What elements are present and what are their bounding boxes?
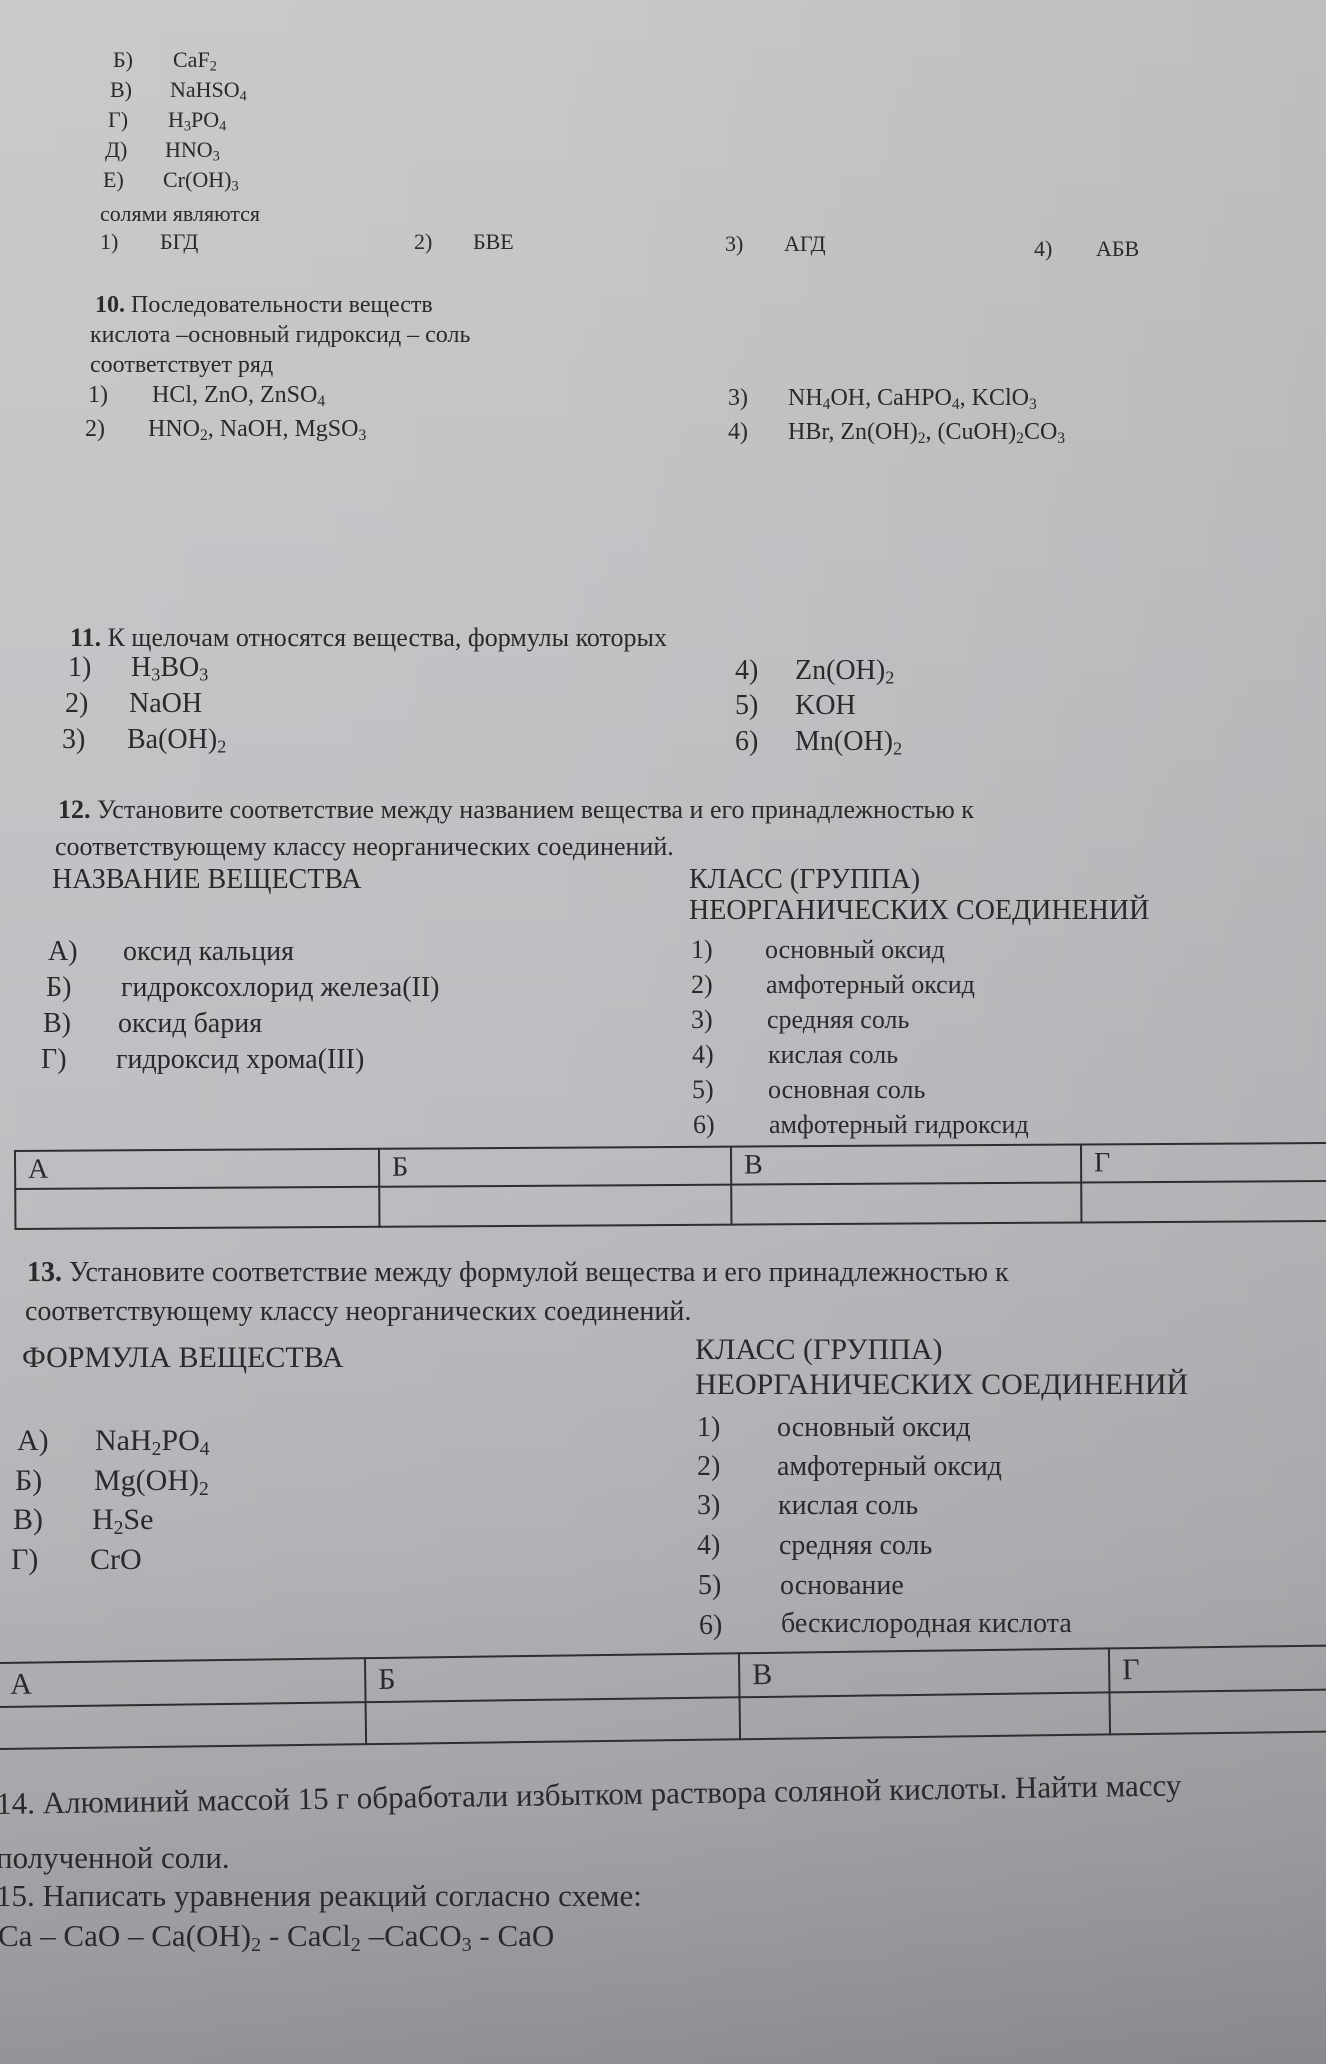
q15-scheme: Ca – CaO – Ca(OH)2 - CaCl2 –CaCO3 - CaO — [0, 1920, 554, 1951]
q11-option-text: Ba(OH)2 — [127, 726, 226, 754]
q12-left-label: В) — [43, 1010, 71, 1038]
q13-left-label: Г) — [11, 1545, 38, 1575]
q9-item-formula: HNO3 — [165, 139, 220, 161]
q13-left-label: Б) — [15, 1466, 42, 1496]
q9-option-text: БГД — [160, 231, 198, 253]
q13-right-text: средняя соль — [779, 1532, 932, 1560]
q12-right-num: 5) — [692, 1077, 714, 1103]
q10-option-num: 4) — [728, 420, 748, 444]
q13-answer-cell[interactable] — [740, 1692, 1111, 1739]
q11-option-text: Mn(OH)2 — [795, 728, 902, 756]
q12-left-text: оксид кальция — [123, 938, 294, 966]
q9-prompt: солями являются — [100, 203, 260, 225]
q12-right-text: средняя соль — [767, 1007, 909, 1033]
q12-line: соответствующему классу неорганических с… — [55, 834, 674, 860]
q9-option-text: БВЕ — [473, 231, 514, 253]
q11-number: 11. — [70, 623, 101, 652]
q9-item-formula: CaF2 — [173, 49, 217, 71]
q10-line: соответствует ряд — [90, 353, 273, 377]
q13-answer-table: А Б В Г — [0, 1644, 1326, 1750]
q13-answer-cell[interactable] — [1109, 1689, 1326, 1734]
q12-right-num: 6) — [693, 1112, 715, 1138]
q12-right-text: амфотерный оксид — [766, 972, 975, 998]
q13-number: 13. — [27, 1257, 62, 1288]
q11-option-num: 1) — [68, 654, 91, 682]
q11-option-text: H3BO3 — [131, 654, 208, 682]
q11-option-num: 6) — [735, 728, 758, 756]
q13-left-label: А) — [17, 1426, 49, 1456]
q11-text: К щелочам относятся вещества, формулы ко… — [108, 623, 667, 652]
q11-option-text: Zn(OH)2 — [795, 657, 894, 685]
q12-left-label: А) — [48, 938, 78, 966]
q11-option-text: KOH — [795, 692, 856, 720]
q13-right-header: НЕОРГАНИЧЕСКИХ СОЕДИНЕНИЙ — [695, 1370, 1188, 1400]
q13-right-text: основание — [780, 1572, 904, 1600]
q12-answer-cell[interactable] — [1081, 1181, 1326, 1223]
q13-title: 13. Установите соответствие между формул… — [27, 1259, 1009, 1287]
q13-left-header: ФОРМУЛА ВЕЩЕСТВА — [22, 1343, 344, 1373]
q13-left-formula: CrO — [90, 1545, 142, 1575]
q13-right-num: 4) — [697, 1532, 720, 1560]
q10-line: Последовательности веществ — [131, 292, 433, 318]
q12-left-text: гидроксид хрома(III) — [116, 1046, 364, 1074]
q10-option-num: 1) — [88, 383, 108, 407]
q12-table-header: В — [731, 1144, 1081, 1184]
q12-right-num: 2) — [691, 972, 713, 998]
q9-item-formula: NaHSO4 — [170, 79, 247, 101]
q13-right-num: 6) — [699, 1612, 722, 1640]
q10-option-num: 2) — [85, 417, 105, 441]
q12-right-num: 3) — [691, 1007, 713, 1033]
q13-left-formula: Mg(OH)2 — [94, 1466, 209, 1496]
q13-table-header: Г — [1109, 1645, 1326, 1692]
q13-right-text: бескислородная кислота — [781, 1610, 1072, 1638]
q13-right-header: КЛАСС (ГРУППА) — [695, 1335, 943, 1365]
q9-item-label: Д) — [105, 139, 127, 161]
q11-option-num: 4) — [735, 657, 758, 685]
q12-answer-table: А Б В Г — [14, 1142, 1326, 1230]
q12-answer-cell[interactable] — [379, 1185, 731, 1227]
q13-left-label: В) — [13, 1505, 43, 1535]
q11-title: 11. К щелочам относятся вещества, формул… — [70, 625, 667, 651]
q13-left-formula: H2Se — [92, 1505, 153, 1535]
q13-line: Установите соответствие между формулой в… — [69, 1257, 1009, 1288]
q10-option-num: 3) — [728, 386, 748, 410]
q12-right-text: основный оксид — [765, 937, 945, 963]
q9-option-num: 2) — [414, 231, 432, 253]
q9-item-label: В) — [110, 79, 132, 101]
q12-left-text: оксид бария — [118, 1010, 262, 1038]
q9-option-num: 3) — [725, 233, 743, 255]
q12-line: Установите соответствие между названием … — [97, 795, 974, 824]
q12-right-num: 1) — [691, 937, 713, 963]
q13-right-text: амфотерный оксид — [777, 1453, 1002, 1481]
q13-table-header: В — [739, 1648, 1110, 1697]
q13-right-text: основный оксид — [777, 1414, 971, 1442]
q12-number: 12. — [58, 795, 91, 824]
q9-item-label: Е) — [103, 169, 124, 191]
q9-option-text: АГД — [784, 233, 826, 255]
q9-option-num: 4) — [1034, 238, 1052, 260]
q9-item-label: Б) — [113, 49, 133, 71]
q12-left-text: гидроксохлорид железа(II) — [121, 974, 440, 1002]
q14-line: полученной соли. — [0, 1842, 230, 1873]
q9-option-text: АБВ — [1096, 238, 1139, 260]
q10-option-text: HBr, Zn(OH)2, (CuOH)2CO3 — [788, 420, 1065, 444]
q15-line: 15. Написать уравнения реакций согласно … — [0, 1880, 642, 1911]
q12-table-header: А — [15, 1149, 379, 1189]
q12-left-label: Г) — [41, 1046, 67, 1074]
q10-option-text: HCl, ZnO, ZnSO4 — [152, 383, 325, 407]
q12-left-header: НАЗВАНИЕ ВЕЩЕСТВА — [52, 866, 362, 894]
q13-left-formula: NaH2PO4 — [95, 1426, 210, 1456]
q14-line: 14. Алюминий массой 15 г обработали избы… — [0, 1769, 1182, 1819]
q12-left-label: Б) — [46, 974, 71, 1002]
q12-right-header: КЛАСС (ГРУППА) — [689, 866, 920, 894]
q10-option-text: HNO2, NaOH, MgSO3 — [148, 417, 366, 441]
q13-table-header: Б — [365, 1653, 740, 1702]
q13-right-num: 2) — [697, 1453, 720, 1481]
q11-option-text: NaOH — [129, 690, 202, 718]
q12-right-text: основная соль — [768, 1077, 925, 1103]
q12-right-header: НЕОРГАНИЧЕСКИХ СОЕДИНЕНИЙ — [689, 897, 1149, 925]
q10-number: 10. — [95, 292, 125, 318]
q9-item-formula: H3PO4 — [168, 109, 226, 131]
q9-item-formula: Cr(OH)3 — [163, 169, 239, 191]
q12-right-text: амфотерный гидроксид — [769, 1112, 1029, 1138]
q12-table-header: Г — [1081, 1143, 1326, 1183]
q13-right-num: 1) — [697, 1414, 720, 1442]
q10-title: 10. Последовательности веществ — [95, 293, 433, 317]
q10-option-text: NH4OH, CaHPO4, KClO3 — [788, 386, 1037, 410]
q13-table-header: А — [0, 1658, 366, 1707]
q13-right-text: кислая соль — [778, 1492, 918, 1520]
q12-right-num: 4) — [692, 1042, 714, 1068]
q12-right-text: кислая соль — [768, 1042, 898, 1068]
q12-title: 12. Установите соответствие между назван… — [58, 797, 974, 823]
q12-table-header: Б — [379, 1147, 731, 1187]
q13-answer-cell[interactable] — [0, 1702, 366, 1749]
q10-line: кислота –основный гидроксид – соль — [90, 323, 470, 347]
q11-option-num: 3) — [62, 726, 85, 754]
q12-answer-cell[interactable] — [731, 1182, 1081, 1224]
q12-answer-cell[interactable] — [15, 1187, 379, 1229]
q11-option-num: 5) — [735, 692, 758, 720]
q13-line: соответствующему классу неорганических с… — [25, 1298, 691, 1326]
q9-item-label: Г) — [108, 109, 128, 131]
q11-option-num: 2) — [65, 690, 88, 718]
q13-right-num: 5) — [698, 1572, 721, 1600]
q13-answer-cell[interactable] — [366, 1697, 741, 1744]
q13-right-num: 3) — [697, 1492, 720, 1520]
q9-option-num: 1) — [100, 231, 118, 253]
